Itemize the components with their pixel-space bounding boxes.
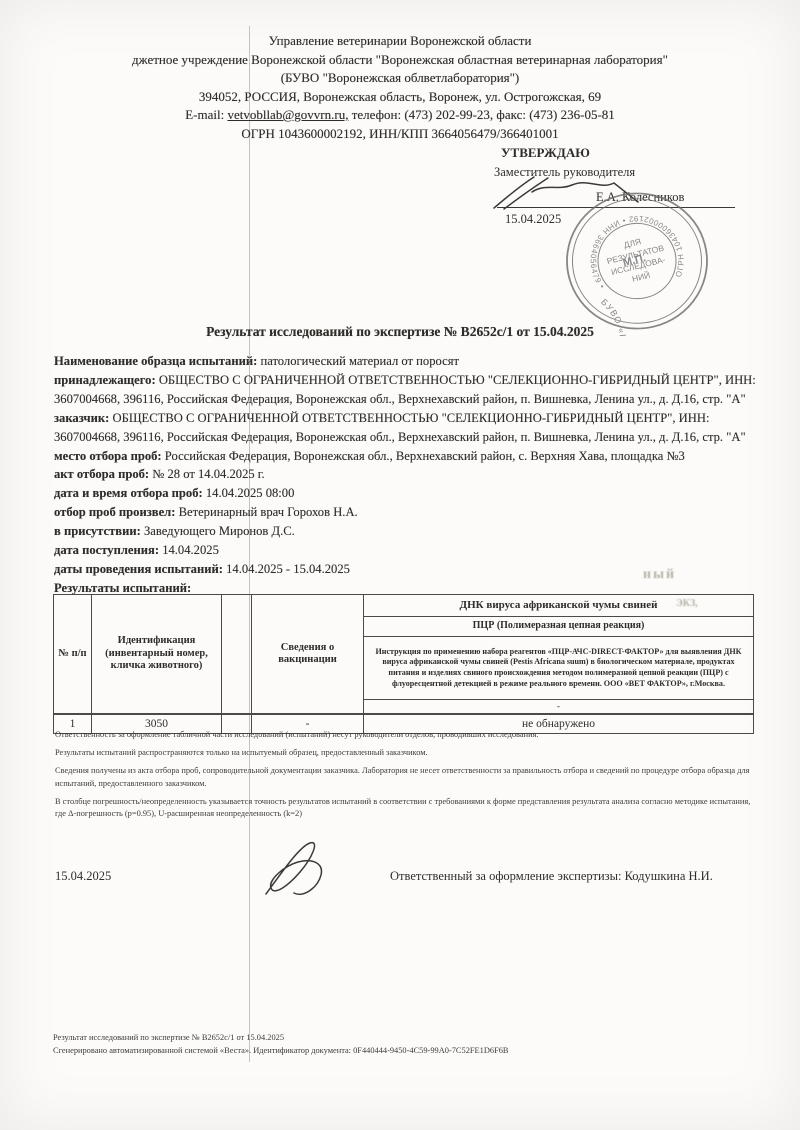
field-value: 14.04.2025 - 15.04.2025 xyxy=(226,562,350,576)
field-sample-name: Наименование образца испытаний: патологи… xyxy=(54,352,756,371)
field-customer: заказчик: ОБЩЕСТВО С ОГРАНИЧЕННОЙ ОТВЕТС… xyxy=(54,409,756,447)
field-value: 14.04.2025 08:00 xyxy=(206,486,295,500)
footer-generated-id: Сгенерировано автоматизированной системо… xyxy=(53,1045,509,1058)
field-label: заказчик: xyxy=(54,411,109,425)
org-department: Управление ветеринарии Воронежской облас… xyxy=(0,32,800,51)
footnote: В столбце погрешность/неопределенность у… xyxy=(55,796,757,820)
results-table: № п/п Идентификация (инвентарный номер, … xyxy=(53,594,754,734)
field-value: ОБЩЕСТВО С ОГРАНИЧЕННОЙ ОТВЕТСТВЕННОСТЬЮ… xyxy=(54,411,746,444)
field-value: ОБЩЕСТВО С ОГРАНИЧЕННОЙ ОТВЕТСТВЕННОСТЬЮ… xyxy=(54,373,756,406)
footer-expertise-ref: Результат исследований по экспертизе № В… xyxy=(53,1032,509,1045)
field-sampling-datetime: дата и время отбора проб: 14.04.2025 08:… xyxy=(54,484,756,503)
col-header-vaccination: Сведения о вакцинации xyxy=(252,595,364,715)
field-sampling-place: место отбора проб: Российская Федерация,… xyxy=(54,447,756,466)
field-label: Наименование образца испытаний: xyxy=(54,354,257,368)
field-value: Российская Федерация, Воронежская обл., … xyxy=(165,449,685,463)
field-label: даты проведения испытаний: xyxy=(54,562,223,576)
scan-ghost-text: ный xyxy=(643,567,676,583)
field-value: № 28 от 14.04.2025 г. xyxy=(152,467,264,481)
field-label: в присутствии: xyxy=(54,524,141,538)
org-ogrn-inn: ОГРН 1043600002192, ИНН/КПП 3664056479/3… xyxy=(0,125,800,144)
org-short-name: (БУВО "Воронежская облветлаборатория") xyxy=(0,69,800,88)
field-sampler: отбор проб произвел: Ветеринарный врач Г… xyxy=(54,503,756,522)
signoff-date: 15.04.2025 xyxy=(55,869,111,884)
sample-details: Наименование образца испытаний: патологи… xyxy=(54,352,756,598)
field-receipt-date: дата поступления: 14.04.2025 xyxy=(54,541,756,560)
field-witness: в присутствии: Заведующего Миронов Д.С. xyxy=(54,522,756,541)
field-value: Заведующего Миронов Д.С. xyxy=(144,524,295,538)
approve-heading: УТВЕРЖДАЮ xyxy=(501,145,590,161)
field-label: дата и время отбора проб: xyxy=(54,486,203,500)
col-header-test-name: ДНК вируса африканской чумы свиней xyxy=(364,595,754,617)
footnote: Ответственность за оформление табличной … xyxy=(55,729,757,741)
email-label: E-mail: xyxy=(185,107,224,122)
footnotes: Ответственность за оформление табличной … xyxy=(55,729,757,826)
email-link[interactable]: vetvobllab@govvrn.ru, xyxy=(227,107,348,122)
document-title: Результат исследований по экспертизе № В… xyxy=(0,324,800,340)
col-header-method: ПЦР (Полимеразная цепная реакция) xyxy=(364,617,754,637)
stamp-seal: БУВО «ВОРОНЕЖСКАЯ ОБЛВЕТЛАБОРАТОРИЯ» • О… xyxy=(561,188,713,336)
field-label: принадлежащего: xyxy=(54,373,156,387)
col-header-identification: Идентификация (инвентарный номер, кличка… xyxy=(92,595,222,715)
col-header-row-number: № п/п xyxy=(54,595,92,715)
field-label: Результаты испытаний: xyxy=(54,581,191,595)
col-header-method-reference: Инструкция по применению набора реагенто… xyxy=(364,637,754,700)
field-owner: принадлежащего: ОБЩЕСТВО С ОГРАНИЧЕННОЙ … xyxy=(54,371,756,409)
responsible-label: Ответственный за оформление экспертизы: … xyxy=(390,869,780,884)
field-label: отбор проб произвел: xyxy=(54,505,175,519)
field-value: 14.04.2025 xyxy=(162,543,219,557)
field-value: Ветеринарный врач Горохов Н.А. xyxy=(179,505,358,519)
document-footer: Результат исследований по экспертизе № В… xyxy=(53,1032,509,1057)
field-value: патологический материал от поросят xyxy=(260,354,459,368)
org-address: 394052, РОССИЯ, Воронежская область, Вор… xyxy=(0,88,800,107)
org-name: джетное учреждение Воронежской области "… xyxy=(0,51,800,70)
col-header-empty xyxy=(222,595,252,715)
field-label: акт отбора проб: xyxy=(54,467,149,481)
responsible-signature xyxy=(248,836,358,902)
phone-fax: телефон: (473) 202-99-23, факс: (473) 23… xyxy=(352,107,615,122)
col-header-uncertainty: - xyxy=(364,700,754,715)
field-label: дата поступления: xyxy=(54,543,159,557)
footnote: Результаты испытаний распространяются то… xyxy=(55,747,757,759)
org-contacts: E-mail: vetvobllab@govvrn.ru, телефон: (… xyxy=(0,106,800,125)
footnote: Сведения получены из акта отбора проб, с… xyxy=(55,765,757,789)
document-page: Управление ветеринарии Воронежской облас… xyxy=(0,0,800,1130)
letterhead: Управление ветеринарии Воронежской облас… xyxy=(0,32,800,143)
approval-date: 15.04.2025 xyxy=(505,212,561,227)
field-label: место отбора проб: xyxy=(54,449,162,463)
field-sampling-act: акт отбора проб: № 28 от 14.04.2025 г. xyxy=(54,465,756,484)
